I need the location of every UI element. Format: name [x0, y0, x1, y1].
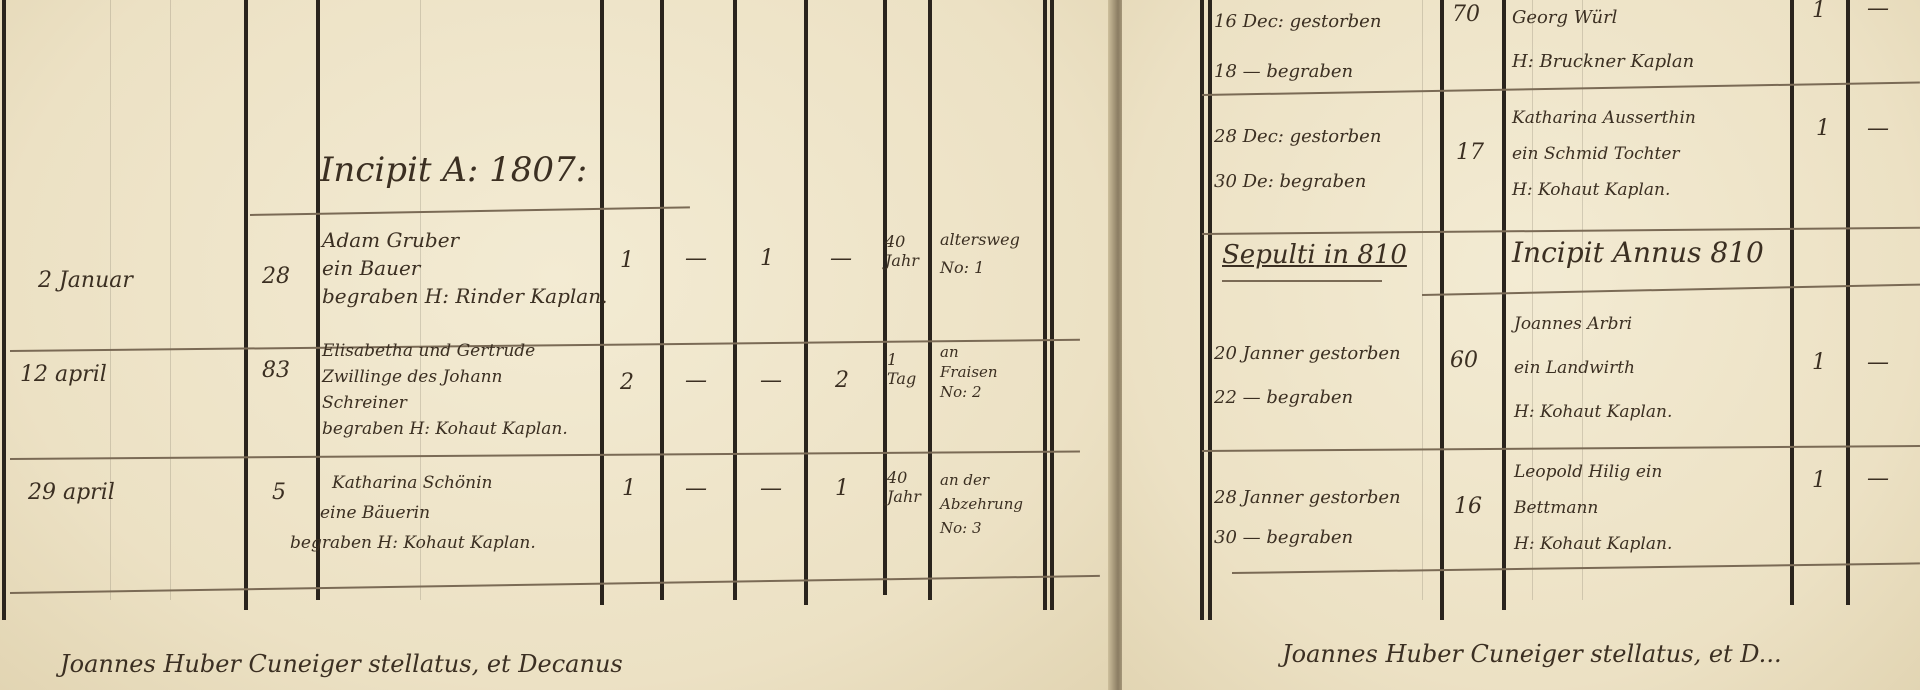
- column-rule: [1790, 0, 1794, 605]
- entry-dates: 20 Janner gestorben 22 — begraben: [1214, 332, 1401, 420]
- count-b: —: [830, 246, 852, 271]
- entry-age: 40 Jahr: [887, 468, 927, 506]
- count-female: —: [1867, 350, 1889, 375]
- entry-name: Adam Gruber ein Bauer begraben H: Rinder…: [322, 226, 607, 310]
- signature: Joannes Huber Cuneiger stellatus, et Dec…: [60, 650, 623, 678]
- entry-name: Katharina Schönin eine Bäuerin begraben …: [290, 468, 536, 558]
- column-rule: [1043, 0, 1047, 610]
- entry-name: Georg Würl H: Bruckner Kaplan: [1512, 0, 1694, 84]
- entry-date: 2 Januar: [38, 268, 133, 293]
- column-rule: [244, 0, 248, 610]
- entry-name: Joannes Arbri ein Landwirth H: Kohaut Ka…: [1514, 302, 1672, 434]
- count-female: —: [1867, 466, 1889, 491]
- entry-house-number: 17: [1456, 140, 1484, 165]
- count-female: —: [685, 368, 707, 393]
- column-rule: [1050, 0, 1054, 610]
- right-page: 16 Dec: gestorben 18 — begraben 70 Georg…: [1122, 0, 1920, 690]
- count-a: 1: [760, 246, 774, 271]
- count-male: 1: [620, 248, 634, 273]
- count-male: 2: [620, 370, 634, 395]
- count-b: 2: [835, 368, 849, 393]
- count-a: —: [760, 368, 782, 393]
- entry-age: 1 Tag: [887, 350, 927, 388]
- entry-name: Katharina Ausserthin ein Schmid Tochter …: [1512, 100, 1696, 208]
- column-rule: [1502, 0, 1506, 610]
- count-male: 1: [1816, 116, 1830, 141]
- entry-name: Leopold Hilig ein Bettmann H: Kohaut Kap…: [1514, 454, 1672, 562]
- count-male: 1: [1812, 350, 1826, 375]
- count-male: 1: [1812, 468, 1826, 493]
- column-rule: [928, 0, 932, 600]
- entry-dates: 16 Dec: gestorben 18 — begraben: [1214, 0, 1381, 92]
- column-rule: [804, 0, 808, 605]
- entry-house-number: 16: [1454, 494, 1482, 519]
- entry-house-number: 28: [262, 264, 290, 289]
- signature: Joannes Huber Cuneiger stellatus, et D..…: [1282, 640, 1782, 668]
- column-rule: [1440, 0, 1444, 620]
- count-male: 1: [1812, 0, 1826, 23]
- count-female: —: [1867, 0, 1889, 21]
- column-rule: [733, 0, 737, 600]
- entry-date: 29 april: [28, 480, 115, 505]
- register-heading: Incipit A: 1807:: [320, 150, 587, 190]
- entry-dates: 28 Janner gestorben 30 — begraben: [1214, 478, 1401, 558]
- entry-house-number: 83: [262, 358, 290, 383]
- count-male: 1: [622, 476, 636, 501]
- count-b: 1: [835, 476, 849, 501]
- section-heading-incipit: Incipit Annus 810: [1512, 236, 1764, 269]
- left-page: Incipit A: 1807: 2 Januar 28 Adam Gruber…: [0, 0, 1112, 690]
- entry-house-number: 5: [272, 480, 286, 505]
- section-heading-sepulti: Sepulti in 810: [1222, 240, 1407, 270]
- entry-cause: an der Abzehrung No: 3: [940, 468, 1023, 540]
- count-female: —: [685, 476, 707, 501]
- column-rule: [660, 0, 664, 600]
- entry-house-number: 70: [1452, 2, 1480, 27]
- count-female: —: [1867, 116, 1889, 141]
- entry-age: 40 Jahr: [885, 232, 925, 270]
- entry-date: 12 april: [20, 362, 107, 387]
- entry-name: Elisabetha und Gertrude Zwillinge des Jo…: [322, 338, 568, 442]
- count-a: —: [760, 476, 782, 501]
- count-female: —: [685, 246, 707, 271]
- column-rule: [1846, 0, 1850, 605]
- entry-dates: 28 Dec: gestorben 30 De: begraben: [1214, 112, 1381, 202]
- entry-cause: an Fraisen No: 2: [940, 342, 998, 402]
- entry-house-number: 60: [1450, 348, 1478, 373]
- column-rule: [2, 0, 6, 620]
- entry-cause: altersweg No: 1: [940, 226, 1020, 282]
